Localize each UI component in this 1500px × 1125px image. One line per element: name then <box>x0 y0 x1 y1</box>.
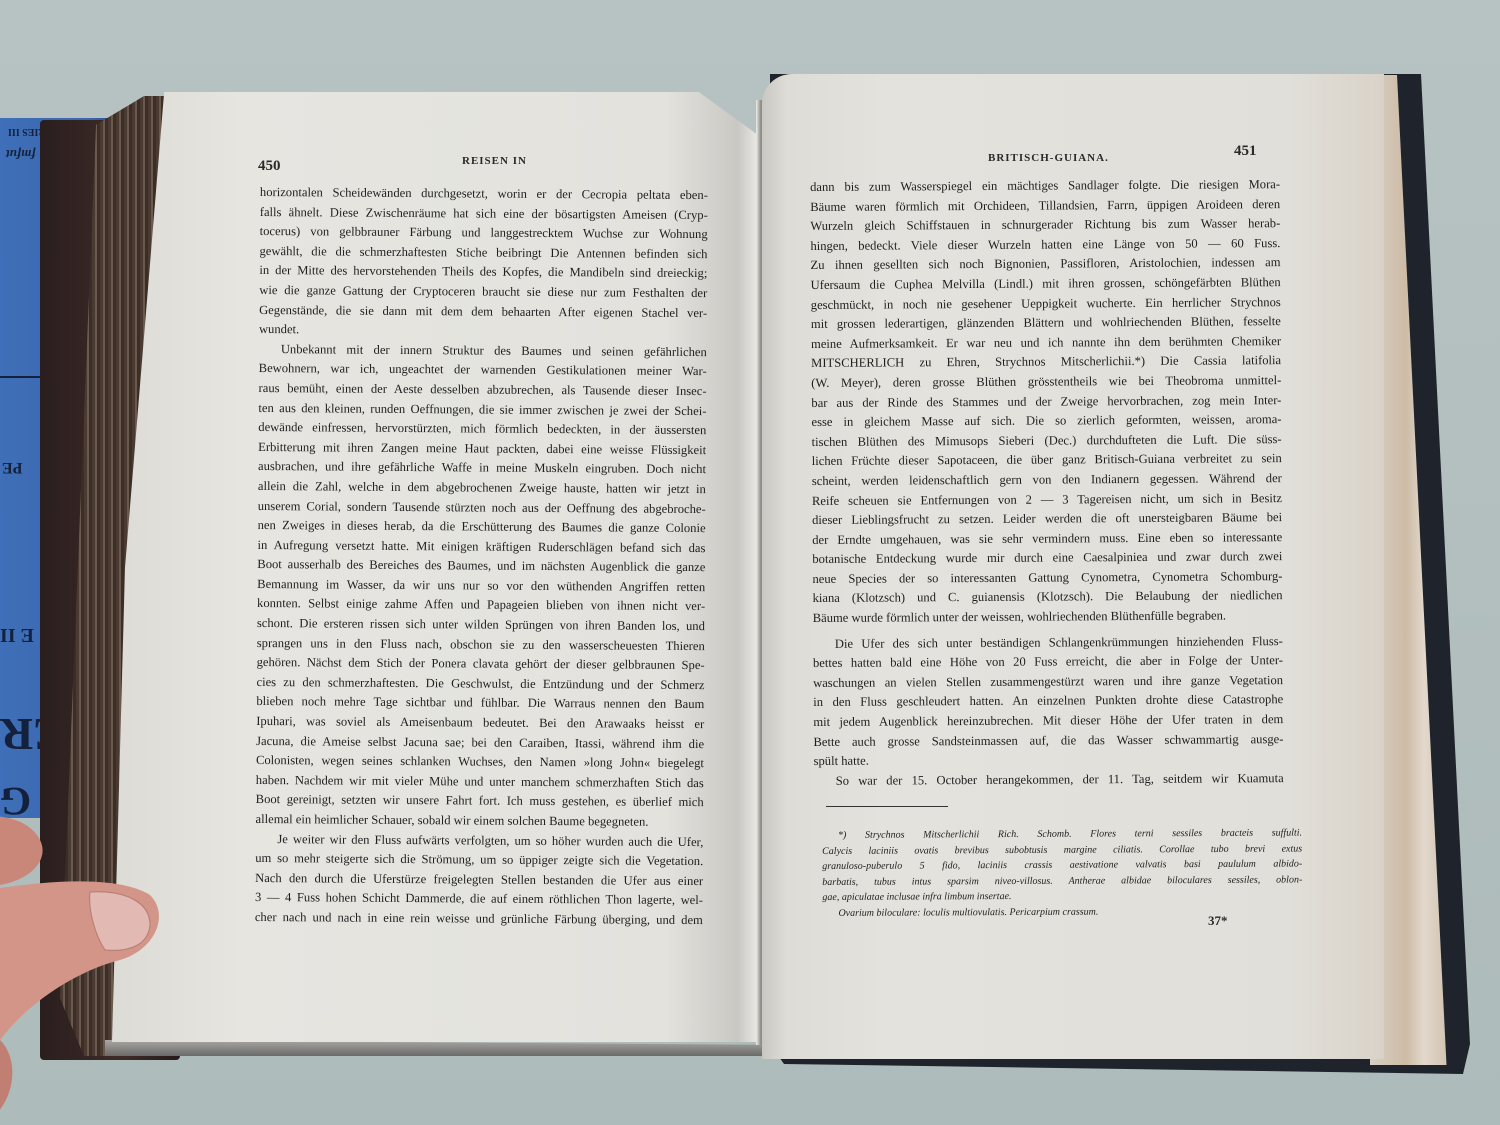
footnote-line: barbatis, tubus intus sparsim niveo-vill… <box>822 872 1302 890</box>
right-running-head: BRITISCH-GUIANA. <box>988 152 1109 164</box>
photo-scene: SERIES III fmfut PE E II ER G 450 REISEN… <box>0 0 1500 1125</box>
text-line: dewände einfressen, hervorstürzten, mich… <box>258 418 706 441</box>
text-line: scheint, werden leidenschaftlich gern vo… <box>812 469 1282 491</box>
text-line: allemal ein heimlicher Schauer, sobald w… <box>255 810 703 833</box>
left-page-body: horizontalen Scheidewänden durchgesetzt,… <box>255 183 708 931</box>
right-page-body: dann bis zum Wasserspiegel ein mächtiges… <box>810 175 1284 791</box>
under-book-word: fmfut <box>6 146 36 162</box>
under-book-fragment: E II <box>0 623 34 646</box>
footnote-line: Ovarium biloculare: loculis multiovulati… <box>822 903 1302 921</box>
text-line: Bäume wurde förmlich unter der weissen, … <box>813 606 1283 628</box>
text-line: cher nach und nach in eine rein weisse u… <box>255 908 703 931</box>
text-line: raus bemüht, einen der Aeste desselben a… <box>258 379 706 402</box>
hand-holding-book <box>0 800 160 1120</box>
left-running-head: REISEN IN <box>462 155 527 167</box>
text-line: nen Zweiges in dieses herab, da die Ersc… <box>258 516 706 539</box>
text-line: horizontalen Scheidewänden durchgesetzt,… <box>260 183 708 206</box>
text-line: botanische Entdeckung wurde mir durch ei… <box>812 547 1282 569</box>
text-line: Gegenstände, die sie dann mit dem dem be… <box>259 301 707 324</box>
text-line: Wurzeln gleich Schiffstauen in schnurger… <box>810 214 1280 236</box>
text-line: Ufersaum die Cuphea Melvilla (Lindl.) mi… <box>811 273 1281 295</box>
footnote: *) Strychnos Mitscherlichii Rich. Schomb… <box>822 825 1302 921</box>
text-line: mit grossen lederartigen, glänzenden Blä… <box>811 312 1281 334</box>
text-line: esse in gleichem Masse auf sich. Die so … <box>811 410 1281 432</box>
text-line: dann bis zum Wasserspiegel ein mächtiges… <box>810 175 1280 197</box>
text-line: (W. Meyer), deren grosse Blüthen grösste… <box>811 371 1281 393</box>
under-book-fragment: PE <box>2 458 22 476</box>
left-page-number: 450 <box>258 158 281 175</box>
right-page-number: 451 <box>1234 143 1257 160</box>
text-line: schont. Die ersteren rissen sich unter w… <box>257 614 705 637</box>
signature-mark: 37* <box>1208 913 1228 929</box>
footnote-rule <box>826 806 948 807</box>
text-line: allein die Zahl, welche in dem abgebroch… <box>258 477 706 500</box>
text-line: So war der 15. October herangekommen, de… <box>814 769 1284 791</box>
text-line: Ipuhari, was soviel als Ameisenbaum bede… <box>256 712 704 735</box>
text-line: Bette auch grosse Sandsteinmassen auf, d… <box>813 730 1283 752</box>
text-line: dieser Lieblingsfrucht zu setzen. Leider… <box>812 508 1282 530</box>
text-line: bettes hatten bald eine Höhe von 20 Fuss… <box>813 651 1283 673</box>
text-line: lichen Früchte dieser Sapotaceen, die üb… <box>812 449 1282 471</box>
text-line: wie die ganze Gattung der Cryptoceren br… <box>259 281 707 304</box>
text-line: mit jedem Augenblick hereinzubrechen. Mi… <box>813 710 1283 732</box>
page-stack-bottom-left <box>105 1040 765 1056</box>
